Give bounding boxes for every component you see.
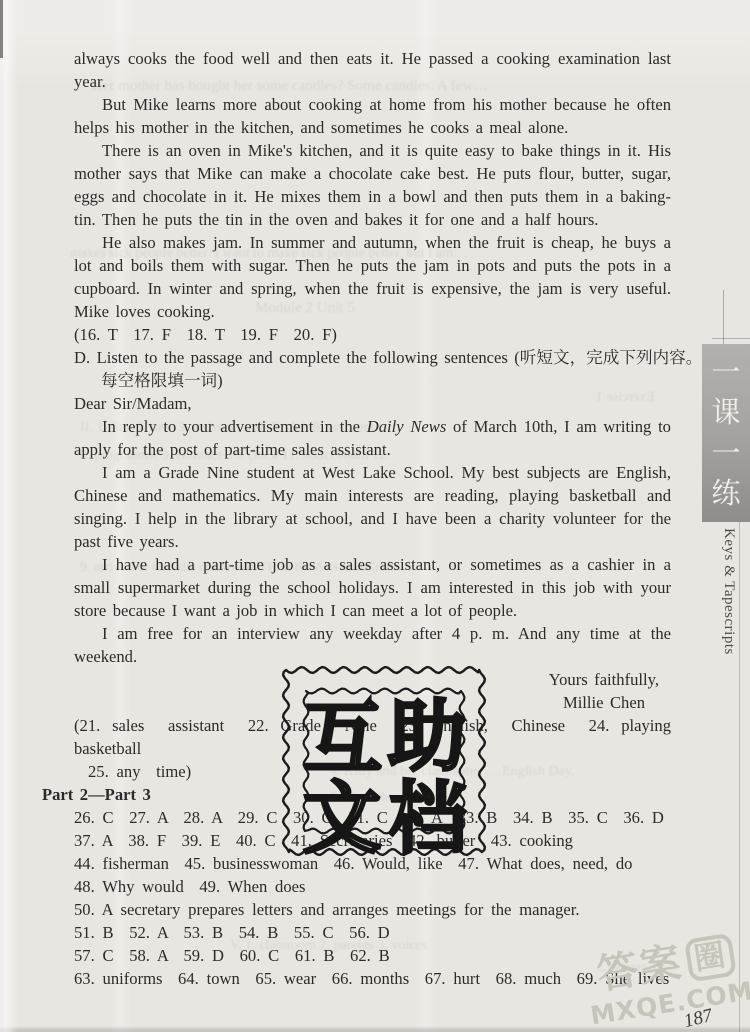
stamp-char: 助	[388, 692, 466, 782]
section-d-instruction: D. Listen to the passage and complete th…	[74, 346, 671, 369]
page-edge-line	[712, 338, 750, 339]
letter-paragraph: I have had a part-time job as a sales as…	[74, 553, 671, 622]
sidebar-tab: 一 课 一 练	[702, 344, 750, 522]
letter-paragraph: I am free for an interview any weekday a…	[74, 622, 671, 668]
tab-char: 课	[711, 398, 740, 427]
tab-char: 一	[711, 439, 740, 468]
section-d-instruction-cont: 每空格限填一词)	[74, 369, 671, 392]
stamp-char: 档	[389, 774, 467, 858]
scan-edge-shadow	[0, 0, 3, 58]
passage-paragraph: There is an oven in Mike's kitchen, and …	[74, 139, 671, 231]
letter-salutation: Dear Sir/Madam,	[74, 392, 671, 415]
brand-logo-circle: 圈	[684, 933, 737, 983]
tab-char: 练	[711, 479, 740, 508]
answer-key-16-20: (16. T 17. F 18. T 19. F 20. F)	[74, 323, 671, 346]
passage-paragraph: always cooks the food well and then eats…	[74, 47, 671, 93]
letter-text: In reply to your advertisement in the	[102, 417, 367, 436]
answer-line: 51. B 52. A 53. B 54. B 55. C 56. D	[74, 921, 671, 944]
seal-stamp: 互 助 文 档	[281, 665, 487, 858]
stamp-char: 互	[304, 694, 382, 784]
answer-line: 63. uniforms 64. town 65. wear 66. month…	[74, 967, 671, 990]
tab-char: 一	[711, 358, 740, 387]
stamp-char: 文	[303, 774, 381, 858]
letter-paragraph: In reply to your advertisement in the Da…	[74, 415, 671, 461]
passage-paragraph: He also makes jam. In summer and autumn,…	[74, 231, 671, 323]
page-edge-line	[723, 290, 724, 345]
answer-line: 50. A secretary prepares letters and arr…	[74, 898, 671, 921]
edge-label: Keys & Tapescripts	[720, 528, 737, 655]
passage-paragraph: But Mike learns more about cooking at ho…	[74, 93, 671, 139]
letter-paragraph: I am a Grade Nine student at West Lake S…	[74, 461, 671, 553]
scanned-book-page: Her mother has bought her some candles? …	[0, 0, 750, 1032]
newspaper-title: Daily News	[367, 417, 447, 436]
answer-line: 48. Why would 49. When does	[74, 875, 671, 898]
